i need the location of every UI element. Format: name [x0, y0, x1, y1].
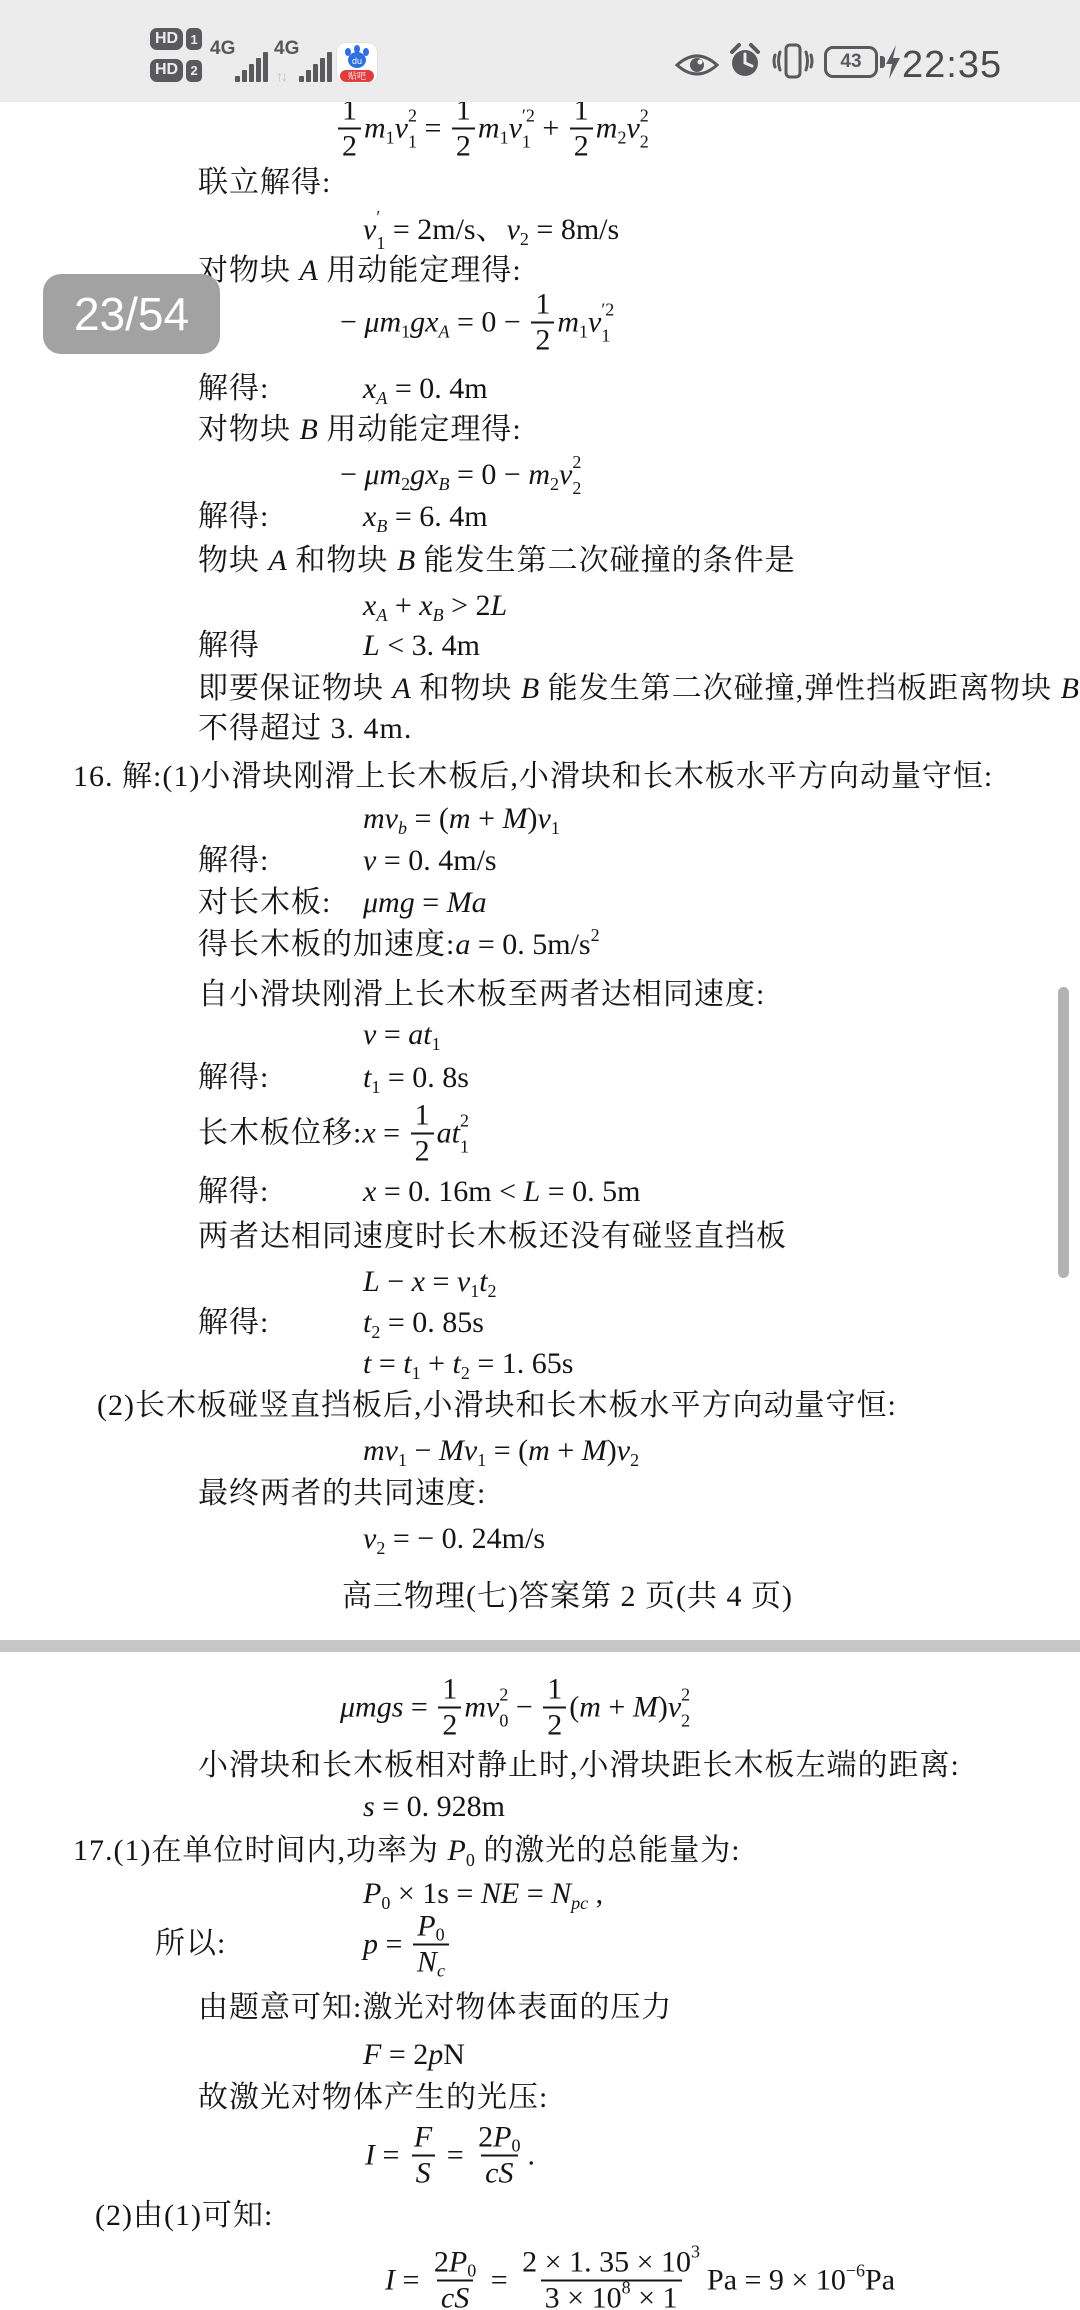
fraction: P0Nc [413, 1910, 449, 1979]
doc-line: 长木板位移:x = 12at21 [198, 1099, 469, 1168]
doc-line: xB = 6. 4m [363, 502, 488, 532]
doc-line: mv1 − Mv1 = (m + M)v2 [363, 1436, 639, 1466]
doc-line: v = at1 [363, 1020, 441, 1050]
doc-line: 17.(1)在单位时间内,功率为 P0 的激光的总能量为: [73, 1836, 741, 1866]
doc-line: 不得超过 3. 4m. [198, 714, 412, 744]
doc-line: xA = 0. 4m [363, 374, 488, 404]
doc-line: F = 2pN [363, 2040, 465, 2070]
sup-sub-stack: 21 [408, 106, 417, 150]
doc-line: L < 3. 4m [363, 631, 480, 661]
alarm-icon [726, 42, 764, 80]
doc-line: 物块 A 和物块 B 能发生第二次碰撞的条件是 [198, 546, 796, 576]
hd1-badge: HD 1 [150, 28, 202, 50]
doc-line: 对物块 B 用动能定理得: [198, 415, 522, 445]
doc-line: − μm1gxA = 0 − 12m1v′21 [340, 288, 614, 357]
doc-line: 解得: [198, 1177, 269, 1207]
doc-line: 所以: [155, 1929, 226, 1959]
charging-icon [884, 45, 902, 79]
sup-sub-stack: 22 [572, 453, 581, 497]
sup-sub-stack: 22 [681, 1685, 690, 1729]
hd-icon: HD [150, 59, 183, 81]
doc-line: t1 = 0. 8s [363, 1063, 469, 1093]
hd-icon: HD [150, 28, 183, 50]
doc-line: 解得 [198, 631, 260, 661]
hd2-badge: HD 2 [150, 59, 202, 81]
paw-icon: du [337, 43, 377, 73]
doc-line: v2 = − 0. 24m/s [363, 1524, 545, 1554]
doc-line: t2 = 0. 85s [363, 1308, 484, 1338]
signal-strength-icon [299, 52, 332, 82]
battery-indicator: 43 [824, 46, 878, 78]
sup-sub-stack: 20 [499, 1685, 508, 1729]
sup-sub-stack: ′21 [522, 106, 535, 150]
signal-strength-icon [235, 52, 268, 82]
sim1-indicator: 1 [186, 28, 202, 50]
doc-line: 解得: [198, 1063, 269, 1093]
doc-line: 16. 解:(1)小滑块刚滑上长木板后,小滑块和长木板水平方向动量守恒: [73, 762, 993, 792]
doc-line: (2)由(1)可知: [95, 2201, 273, 2231]
doc-line: I = FS = 2P0cS. [365, 2121, 535, 2190]
hd-indicators: HD 1 HD 2 [150, 28, 202, 82]
clock-time: 22:35 [902, 44, 1002, 87]
sup-sub-stack: 21 [460, 1111, 469, 1155]
sim2-indicator: 2 [186, 60, 202, 82]
doc-line: xA + xB > 2L [363, 591, 507, 621]
doc-line: s = 0. 928m [363, 1792, 505, 1822]
doc-line: 对物块 A 用动能定理得: [198, 256, 522, 286]
doc-line: 两者达相同速度时长木板还没有碰竖直挡板 [198, 1222, 787, 1252]
doc-line: 最终两者的共同速度: [198, 1479, 486, 1509]
vibrate-icon [770, 43, 816, 79]
doc-line: 解得: [198, 374, 269, 404]
doc-line: 12m1v21 = 12m1v′21 + 12m2v22 [335, 94, 649, 163]
scrollbar[interactable] [1058, 987, 1069, 1278]
eye-comfort-icon [674, 49, 720, 81]
fraction: 12 [338, 94, 361, 163]
network-type-sim1: 4G [210, 38, 235, 60]
fraction: 12 [452, 94, 475, 163]
doc-line: p = P0Nc [363, 1910, 452, 1979]
doc-line: 解得: [198, 846, 269, 876]
doc-line: v = 0. 4m/s [363, 846, 497, 876]
network-type-sim2: 4G [274, 38, 299, 60]
sup-sub-stack: ′21 [601, 300, 614, 344]
doc-line: 故激光对物体产生的光压: [198, 2083, 548, 2113]
fraction: 12 [411, 1099, 434, 1168]
page-footer: 高三物理(七)答案第 2 页(共 4 页) [342, 1582, 793, 1612]
doc-line: − μm2gxB = 0 − m2v22 [340, 453, 581, 497]
baidu-tieba-app-icon: du 贴吧 [337, 43, 377, 83]
svg-text:du: du [352, 56, 362, 66]
app-icon-caption: 贴吧 [340, 70, 374, 82]
battery-percent: 43 [840, 51, 861, 73]
signal-bars-sim1: 4G [210, 40, 268, 84]
doc-line: mvb = (m + M)v1 [363, 804, 560, 834]
status-bar: HD 1 HD 2 4G 4G ↑↓ du 贴吧 [0, 0, 1080, 102]
doc-line: t = t1 + t2 = 1. 65s [363, 1349, 573, 1379]
doc-line: 联立解得: [198, 168, 331, 198]
fraction: 12 [438, 1673, 461, 1742]
doc-line: 自小滑块刚滑上长木板至两者达相同速度: [198, 980, 765, 1010]
doc-line: (2)长木板碰竖直挡板后,小滑块和长木板水平方向动量守恒: [97, 1391, 897, 1421]
fraction: 2 × 1. 35 × 1033 × 108 × 1 [518, 2246, 704, 2310]
page-separator [0, 1640, 1080, 1652]
fraction: 12 [570, 94, 593, 163]
sup-sub-stack: ′1 [376, 208, 385, 252]
doc-line: 解得: [198, 1308, 269, 1338]
fraction: 2P0cS [474, 2121, 524, 2190]
doc-line: 解得: [198, 502, 269, 532]
doc-line: 得长木板的加速度:a = 0. 5m/s2 [198, 930, 600, 960]
doc-line: 即要保证物块 A 和物块 B 能发生第二次碰撞,弹性挡板距离物块 B 的距离 L [198, 674, 1080, 704]
data-arrows-icon: ↑↓ [276, 68, 286, 84]
doc-line: P0 × 1s = NE = Npc , [363, 1879, 603, 1909]
fraction: FS [410, 2121, 436, 2190]
doc-line: L − x = v1t2 [363, 1267, 497, 1297]
doc-line: I = 2P0cS = 2 × 1. 35 × 1033 × 108 × 1Pa… [385, 2246, 895, 2310]
doc-line: v′1 = 2m/s、v2 = 8m/s [363, 208, 619, 252]
fraction: 12 [531, 288, 554, 357]
doc-line: 由题意可知:激光对物体表面的压力 [198, 1993, 672, 2023]
doc-line: μmgs = 12mv20 − 12(m + M)v22 [340, 1673, 690, 1742]
fraction: 12 [543, 1673, 566, 1742]
doc-line: x = 0. 16m < L = 0. 5m [363, 1177, 640, 1207]
fraction: 2P0cS [430, 2246, 480, 2310]
sup-sub-stack: 22 [640, 106, 649, 150]
doc-line: 小滑块和长木板相对静止时,小滑块距长木板左端的距离: [198, 1751, 960, 1781]
signal-bars-sim2: 4G ↑↓ [274, 40, 332, 84]
page-indicator-label: 23/54 [74, 287, 189, 341]
doc-line: μmg = Ma [363, 888, 487, 918]
doc-line: 对长木板: [198, 888, 331, 918]
page-indicator-badge: 23/54 [43, 274, 220, 354]
